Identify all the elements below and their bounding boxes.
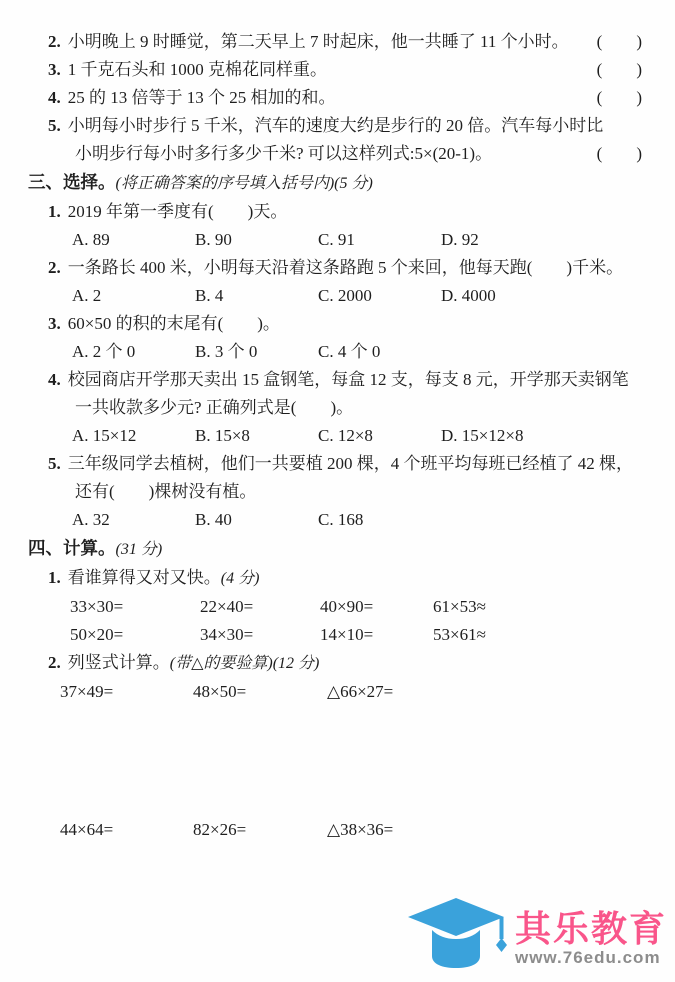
answer-bracket: ( ): [597, 56, 642, 84]
section-number: 三、: [28, 168, 63, 196]
calc-expression: 50×20=: [70, 621, 200, 649]
option-a: A. 2 个 0: [72, 338, 195, 366]
question-number: 5.: [48, 450, 61, 478]
subsection-hint: (4 分): [221, 565, 260, 593]
quick-calc-row-1: 33×30=22×40=40×90=61×53≈: [28, 593, 642, 621]
subsection-title: 看谁算得又对又快。: [68, 564, 221, 592]
subsection-hint: (带△的要验算)(12 分): [170, 650, 320, 678]
option-c: C. 2000: [318, 282, 441, 310]
calc-expression: △66×27=: [327, 678, 393, 706]
choice-q2: 2. 一条路长 400 米，小明每天沿着这条路跑 5 个来回，他每天跑( )千米…: [28, 254, 642, 282]
choice-q2-options: A. 2B. 4C. 2000D. 4000: [28, 282, 642, 310]
option-a: A. 2: [72, 282, 195, 310]
option-a: A. 32: [72, 506, 195, 534]
item-text: 25 的 13 倍等于 13 个 25 相加的和。: [68, 84, 336, 112]
question-text: 一条路长 400 米，小明每天沿着这条路跑 5 个来回，他每天跑( )千米。: [68, 254, 623, 282]
item-number: 2.: [48, 28, 61, 56]
option-c: C. 12×8: [318, 422, 441, 450]
option-d: D. 4000: [441, 282, 496, 310]
option-b: B. 90: [195, 226, 318, 254]
choice-q1-options: A. 89B. 90C. 91D. 92: [28, 226, 642, 254]
question-number: 1.: [48, 198, 61, 226]
section-title: 计算。: [63, 534, 116, 562]
answer-bracket: ( ): [597, 140, 642, 168]
judge-item-5-line2: 小明步行每小时多行多少千米? 可以这样列式:5×(20-1)。 ( ): [28, 140, 642, 168]
vertical-calc-row-2: 44×64=82×26=△38×36=: [28, 816, 642, 844]
choice-q5-line1: 5. 三年级同学去植树，他们一共要植 200 棵，4 个班平均每班已经植了 42…: [28, 450, 642, 478]
calc-expression: 82×26=: [193, 816, 327, 844]
graduation-cap-icon: [406, 896, 510, 981]
choice-q5-line2: 还有( )棵树没有植。: [28, 478, 642, 506]
option-c: C. 91: [318, 226, 441, 254]
section-hint: (将正确答案的序号填入括号内)(5 分): [116, 170, 373, 198]
subsection-number: 2.: [48, 649, 61, 677]
option-b: B. 15×8: [195, 422, 318, 450]
choice-q5-options: A. 32B. 40C. 168: [28, 506, 642, 534]
option-b: B. 4: [195, 282, 318, 310]
calc-expression: 44×64=: [60, 816, 193, 844]
question-number: 2.: [48, 254, 61, 282]
calc-expression: 22×40=: [200, 593, 320, 621]
subsection-title: 列竖式计算。: [68, 649, 170, 677]
option-b: B. 40: [195, 506, 318, 534]
item-number: 3.: [48, 56, 61, 84]
brand-name: 其乐教育: [515, 910, 667, 948]
question-text: 校园商店开学那天卖出 15 盒钢笔，每盒 12 支，每支 8 元，开学那天卖钢笔: [68, 366, 629, 394]
question-number: 3.: [48, 310, 61, 338]
answer-bracket: ( ): [597, 84, 642, 112]
option-a: A. 15×12: [72, 422, 195, 450]
worksheet-content: 2. 小明晚上 9 时睡觉，第二天早上 7 时起床，他一共睡了 11 个小时。 …: [28, 28, 642, 844]
option-a: A. 89: [72, 226, 195, 254]
option-c: C. 168: [318, 506, 363, 534]
judge-item-3: 3. 1 千克石头和 1000 克棉花同样重。 ( ): [28, 56, 642, 84]
item-text: 1 千克石头和 1000 克棉花同样重。: [68, 56, 327, 84]
choice-q4-line2: 一共收款多少元? 正确列式是( )。: [28, 394, 642, 422]
choice-q4-line1: 4. 校园商店开学那天卖出 15 盒钢笔，每盒 12 支，每支 8 元，开学那天…: [28, 366, 642, 394]
judge-item-4: 4. 25 的 13 倍等于 13 个 25 相加的和。 ( ): [28, 84, 642, 112]
calc-expression: 40×90=: [320, 593, 433, 621]
quick-calc-row-2: 50×20=34×30=14×10=53×61≈: [28, 621, 642, 649]
publisher-logo: 其乐教育 www.76edu.com: [406, 896, 667, 981]
calc-expression: 48×50=: [193, 678, 327, 706]
calc-expression: 61×53≈: [433, 593, 486, 621]
choice-q3-options: A. 2 个 0B. 3 个 0C. 4 个 0: [28, 338, 642, 366]
item-text: 小明晚上 9 时睡觉，第二天早上 7 时起床，他一共睡了 11 个小时。: [68, 28, 569, 56]
subsection-number: 1.: [48, 564, 61, 592]
choice-q1: 1. 2019 年第一季度有( )天。: [28, 198, 642, 226]
calc-sub2-title: 2. 列竖式计算。 (带△的要验算)(12 分): [28, 649, 642, 678]
calc-expression: 14×10=: [320, 621, 433, 649]
section-number: 四、: [28, 534, 63, 562]
worksheet-page: 2. 小明晚上 9 时睡觉，第二天早上 7 时起床，他一共睡了 11 个小时。 …: [0, 0, 675, 982]
calc-expression: 37×49=: [60, 678, 193, 706]
question-text: 还有( )棵树没有植。: [75, 478, 256, 506]
judge-item-2: 2. 小明晚上 9 时睡觉，第二天早上 7 时起床，他一共睡了 11 个小时。 …: [28, 28, 642, 56]
option-d: D. 92: [441, 226, 479, 254]
item-text: 小明步行每小时多行多少千米? 可以这样列式:5×(20-1)。: [75, 140, 492, 168]
question-number: 4.: [48, 366, 61, 394]
question-text: 2019 年第一季度有( )天。: [68, 198, 288, 226]
question-text: 60×50 的积的末尾有( )。: [68, 310, 280, 338]
judge-item-5-line1: 5. 小明每小时步行 5 千米，汽车的速度大约是步行的 20 倍。汽车每小时比: [28, 112, 642, 140]
section-title: 选择。: [63, 168, 116, 196]
calc-expression: 53×61≈: [433, 621, 486, 649]
choice-q4-options: A. 15×12B. 15×8C. 12×8D. 15×12×8: [28, 422, 642, 450]
question-text: 三年级同学去植树，他们一共要植 200 棵，4 个班平均每班已经植了 42 棵，: [68, 450, 633, 478]
choice-q3: 3. 60×50 的积的末尾有( )。: [28, 310, 642, 338]
section-calc-heading: 四、 计算。 (31 分): [28, 534, 642, 564]
answer-bracket: ( ): [597, 28, 642, 56]
vertical-calc-row-1: 37×49=48×50=△66×27=: [28, 678, 642, 706]
option-d: D. 15×12×8: [441, 422, 523, 450]
calc-expression: △38×36=: [327, 816, 393, 844]
item-number: 5.: [48, 112, 61, 140]
calc-sub1-title: 1. 看谁算得又对又快。 (4 分): [28, 564, 642, 593]
section-choice-heading: 三、 选择。 (将正确答案的序号填入括号内)(5 分): [28, 168, 642, 198]
calc-expression: 34×30=: [200, 621, 320, 649]
item-text: 小明每小时步行 5 千米，汽车的速度大约是步行的 20 倍。汽车每小时比: [68, 112, 604, 140]
option-b: B. 3 个 0: [195, 338, 318, 366]
item-number: 4.: [48, 84, 61, 112]
option-c: C. 4 个 0: [318, 338, 380, 366]
brand-url: www.76edu.com: [515, 948, 667, 968]
section-hint: (31 分): [116, 536, 163, 564]
logo-text-block: 其乐教育 www.76edu.com: [515, 910, 667, 968]
question-text: 一共收款多少元? 正确列式是( )。: [75, 394, 353, 422]
calc-expression: 33×30=: [70, 593, 200, 621]
